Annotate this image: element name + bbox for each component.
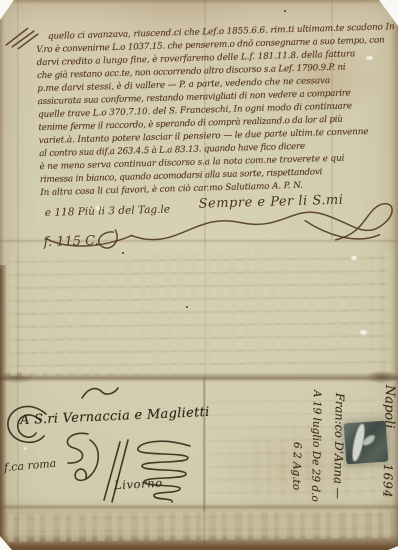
ink-speck <box>122 252 124 254</box>
opening-hatch-marks-icon <box>4 26 41 51</box>
coil-flourish-icon <box>100 434 195 506</box>
docket-sender-name: Fran:co D'Anna — <box>332 393 345 499</box>
address-panel: A S.ri Vernaccia e Maglietti f.ca roma L… <box>0 384 250 550</box>
pen-squiggle-icon <box>80 384 122 402</box>
paper-fleck <box>24 447 27 450</box>
fold-crease-horizontal-2 <box>0 372 398 382</box>
destination-city: Livorno <box>114 478 163 492</box>
ink-speck <box>284 10 286 12</box>
paper-fleck <box>366 56 373 60</box>
paper-fleck <box>96 206 100 210</box>
docket-notes: Napoli 1694 Fran:co D'Anna — A 19 luglio… <box>270 383 398 550</box>
paper-edge-top <box>0 0 398 4</box>
fold-crease-stain-left <box>0 371 34 384</box>
wax-seal <box>344 421 389 465</box>
docket-received-date: A 19 luglio De 29 d.o <box>310 390 322 502</box>
signature-flourish <box>34 186 398 270</box>
fold-crease-stain-right <box>366 370 398 384</box>
letter-body: quello ci avanzava, riuscend.ci che Lef.… <box>36 20 398 270</box>
paper-fleck <box>351 256 357 260</box>
account-note: f. 115 C. <box>43 234 99 249</box>
paper-edge-left-upper <box>0 18 4 268</box>
ink-speck <box>186 306 188 308</box>
postal-note: f.ca roma <box>4 458 57 474</box>
paper-sheet: quello ci avanzava, riuscend.ci che Lef.… <box>0 0 398 550</box>
docket-year: 1694 <box>381 464 394 499</box>
letter-scan: quello ci avanzava, riuscend.ci che Lef.… <box>0 0 398 550</box>
docket-answered-date: 6 2 Ag.to <box>291 442 302 490</box>
paper-fleck <box>360 330 367 335</box>
